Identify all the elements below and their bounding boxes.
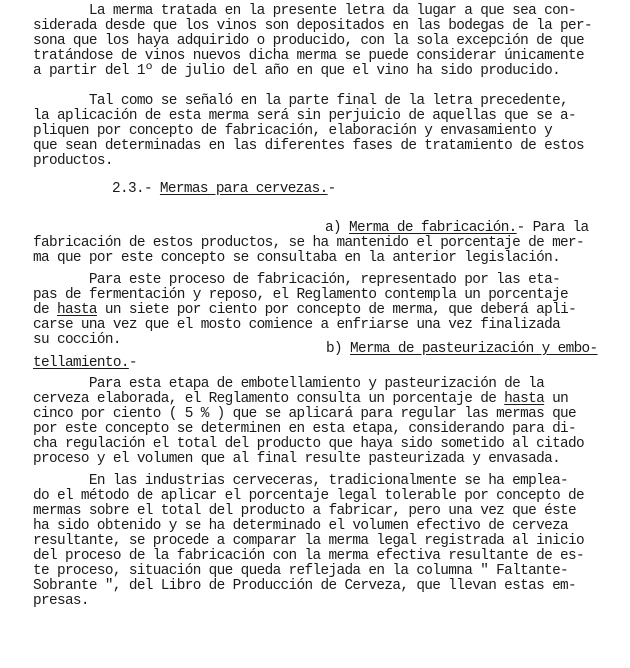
text-line: productos. xyxy=(33,154,113,169)
text-line: la aplicación de esta merma será sin per… xyxy=(33,109,576,124)
text-line: a partir del 1º de julio del año en que … xyxy=(33,64,560,79)
emphasis-hasta: hasta xyxy=(504,391,544,407)
subsection-b-title-2: tellamiento. xyxy=(33,355,129,371)
emphasis-hasta: hasta xyxy=(57,302,97,318)
text-line: cinco por ciento ( 5 % ) que se aplicará… xyxy=(33,407,576,422)
text-line: La merma tratada en la presente letra da… xyxy=(33,4,576,19)
text-line: de hasta un siete por ciento por concept… xyxy=(33,303,576,318)
subsection-a-label: a) xyxy=(325,220,349,236)
text-line: presas. xyxy=(33,594,89,609)
section-heading: 2.3.- Mermas para cervezas.- xyxy=(112,182,336,197)
text-line: te proceso, situación que queda reflejad… xyxy=(33,564,568,579)
subsection-b-heading-cont: tellamiento.- xyxy=(33,356,137,371)
text-line: En las industrias cerveceras, tradiciona… xyxy=(33,474,568,489)
text-span: un siete por ciento por concepto de merm… xyxy=(97,302,576,318)
section-number: 2.3.- xyxy=(112,181,160,197)
text-span: cerveza elaborada, el Reglamento consult… xyxy=(33,391,504,407)
text-line: que sean determinadas en las diferentes … xyxy=(33,139,584,154)
subsection-a-heading: a) Merma de fabricación.- Para la xyxy=(325,221,589,236)
text-line: carse una vez que el mosto comience a en… xyxy=(33,318,560,333)
text-line: proceso y el volumen que al final result… xyxy=(33,452,560,467)
text-line: fabricación de estos productos, se ha ma… xyxy=(33,236,584,251)
text-line: do el método de aplicar el porcentaje le… xyxy=(33,489,584,504)
text-line: del proceso de la fabricación con la mer… xyxy=(33,549,584,564)
subsection-a-after: - Para la xyxy=(517,220,589,236)
document-page: La merma tratada en la presente letra da… xyxy=(0,0,630,668)
text-line: ma que por este concepto se consultaba e… xyxy=(33,251,560,266)
text-line: cha regulación el total del producto que… xyxy=(33,437,584,452)
subsection-b-title-1: Merma de pasteurización y embo- xyxy=(350,341,598,357)
text-line: pas de fermentación y reposo, el Reglame… xyxy=(33,288,568,303)
text-line: sona que los haya adquirido o producido,… xyxy=(33,34,584,49)
text-line: Para este proceso de fabricación, repres… xyxy=(33,273,560,288)
text-line: siderada desde que los vinos son deposit… xyxy=(33,19,592,34)
text-line: resultante, se procede a comparar la mer… xyxy=(33,534,584,549)
text-line: su cocción. xyxy=(33,333,121,348)
text-span: de xyxy=(33,302,57,318)
text-line: Para esta etapa de embotellamiento y pas… xyxy=(33,377,544,392)
subsection-b-suffix: - xyxy=(129,355,137,371)
text-line: pliquen por concepto de fabricación, ela… xyxy=(33,124,552,139)
subsection-b-heading: b) Merma de pasteurización y embo- xyxy=(326,342,598,357)
text-line: por este concepto se determinen en esta … xyxy=(33,422,576,437)
text-line: cerveza elaborada, el Reglamento consult… xyxy=(33,392,568,407)
section-suffix: - xyxy=(328,181,336,197)
text-line: Tal como se señaló en la parte final de … xyxy=(33,94,568,109)
text-line: mermas sobre el total del producto a fab… xyxy=(33,504,576,519)
text-line: tratándose de vinos nuevos dicha merma s… xyxy=(33,49,584,64)
text-line: Sobrante ", del Libro de Producción de C… xyxy=(33,579,576,594)
text-line: ha sido obtenido y se ha determinado el … xyxy=(33,519,568,534)
subsection-a-title: Merma de fabricación. xyxy=(349,220,517,236)
text-span: un xyxy=(544,391,568,407)
subsection-b-label: b) xyxy=(326,341,350,357)
section-title: Mermas para cervezas. xyxy=(160,181,328,197)
